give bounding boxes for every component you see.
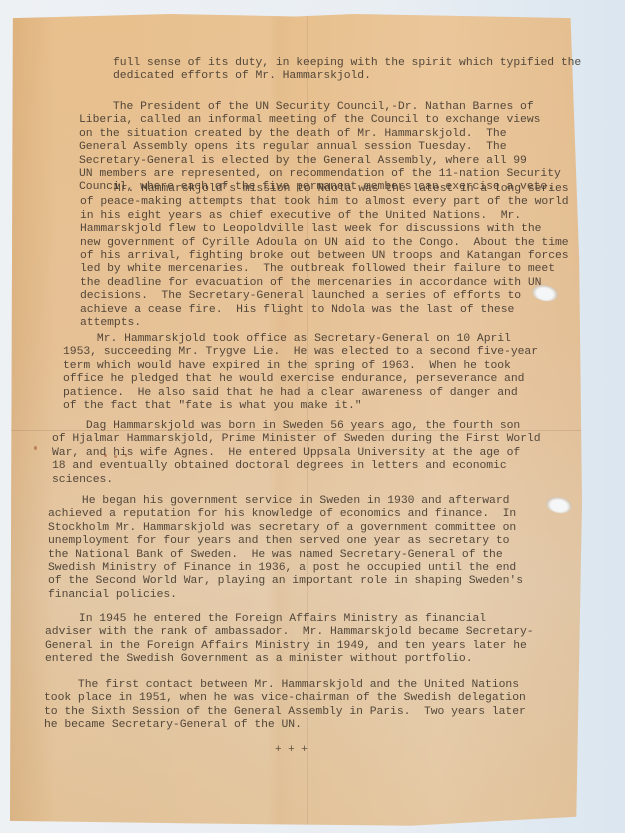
- text-line: dedicated efforts of Mr. Hammarskjold.: [113, 70, 581, 83]
- text-line: decisions. The Secretary-General launche…: [80, 290, 569, 303]
- text-line: office he pledged that he would exercise…: [63, 373, 538, 386]
- text-line: in his eight years as chief executive of…: [80, 210, 569, 223]
- end-of-text-mark: + + +: [275, 744, 308, 757]
- text-line: he became Secretary-General of the UN.: [44, 719, 526, 732]
- text-line: 1953, succeeding Mr. Trygve Lie. He was …: [63, 346, 538, 359]
- paragraph: Mr. Hammarskjold took office as Secretar…: [63, 333, 538, 413]
- text-line: Liberia, called an informal meeting of t…: [79, 114, 561, 127]
- paragraph: In 1945 he entered the Foreign Affairs M…: [45, 613, 534, 667]
- text-line: General Assembly opens its regular annua…: [79, 141, 561, 154]
- text-line: of the Second World War, playing an impo…: [48, 575, 523, 588]
- document-body: full sense of its duty, in keeping with …: [0, 0, 625, 833]
- text-line: of his arrival, fighting broke out betwe…: [80, 250, 569, 263]
- paragraph: full sense of its duty, in keeping with …: [113, 57, 581, 84]
- paragraph: Dag Hammarskjold was born in Sweden 56 y…: [52, 420, 541, 487]
- text-line: led by white mercenaries. The outbreak f…: [80, 263, 569, 276]
- paragraph: The first contact between Mr. Hammarskjo…: [44, 679, 526, 733]
- text-line: sciences.: [52, 474, 541, 487]
- text-line: term which would have expired in the spr…: [63, 360, 538, 373]
- paragraph: Mr. Hammarskjold's mission to Ndola was …: [80, 183, 569, 330]
- text-line: unemployment for four years and then ser…: [48, 535, 523, 548]
- text-line: new government of Cyrille Adoula on UN a…: [80, 237, 569, 250]
- text-line: Secretary-General is elected by the Gene…: [79, 155, 561, 168]
- text-line: of peace-making attempts that took him t…: [80, 196, 569, 209]
- text-line: to the Sixth Session of the General Asse…: [44, 706, 526, 719]
- paragraph: The President of the UN Security Council…: [79, 101, 561, 195]
- paragraph: He began his government service in Swede…: [48, 495, 523, 602]
- text-line: on the situation created by the death of…: [79, 128, 561, 141]
- text-line: financial policies.: [48, 589, 523, 602]
- text-line: achieved a reputation for his knowledge …: [48, 508, 523, 521]
- text-line: Hammarskjold flew to Leopoldville last w…: [80, 223, 569, 236]
- text-line: attempts.: [80, 317, 569, 330]
- text-line: The President of the UN Security Council…: [79, 101, 561, 114]
- text-line: Stockholm Mr. Hammarskjold was secretary…: [48, 522, 523, 535]
- text-line: 18 and eventually obtained doctoral degr…: [52, 460, 541, 473]
- text-line: of Hjalmar Hammarskjold, Prime Minister …: [52, 433, 541, 446]
- text-line: the deadline for evacuation of the merce…: [80, 277, 569, 290]
- text-line: adviser with the rank of ambassador. Mr.…: [45, 626, 534, 639]
- text-line: full sense of its duty, in keeping with …: [113, 57, 581, 70]
- text-line: of the fact that "fate is what you make …: [63, 400, 538, 413]
- text-line: Dag Hammarskjold was born in Sweden 56 y…: [52, 420, 541, 433]
- text-line: He began his government service in Swede…: [48, 495, 523, 508]
- text-line: took place in 1951, when he was vice-cha…: [44, 692, 526, 705]
- text-line: Swedish Ministry of Finance in 1936, a p…: [48, 562, 523, 575]
- text-line: UN members are represented, on recommend…: [79, 168, 561, 181]
- text-line: War, and his wife Agnes. He entered Upps…: [52, 447, 541, 460]
- text-line: achieve a cease fire. His flight to Ndol…: [80, 304, 569, 317]
- text-line: patience. He also said that he had a cle…: [63, 387, 538, 400]
- text-line: entered the Swedish Government as a mini…: [45, 653, 534, 666]
- text-line: In 1945 he entered the Foreign Affairs M…: [45, 613, 534, 626]
- text-line: Mr. Hammarskjold's mission to Ndola was …: [80, 183, 569, 196]
- text-line: The first contact between Mr. Hammarskjo…: [44, 679, 526, 692]
- text-line: General in the Foreign Affairs Ministry …: [45, 640, 534, 653]
- text-line: Mr. Hammarskjold took office as Secretar…: [63, 333, 538, 346]
- text-line: the National Bank of Sweden. He was name…: [48, 549, 523, 562]
